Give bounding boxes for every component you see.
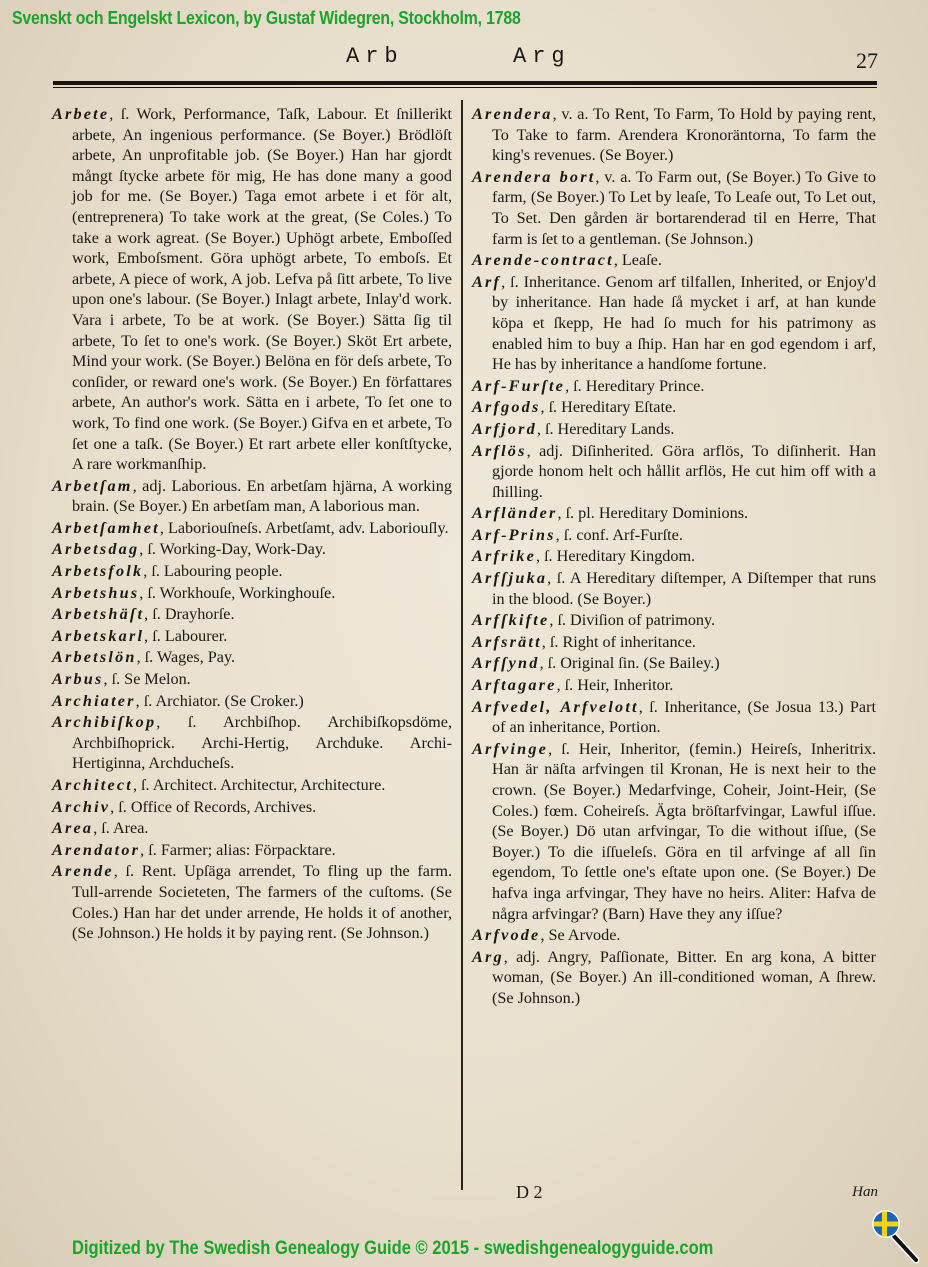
dictionary-entry: Arf-Furſte, ſ. Hereditary Prince. [472, 376, 876, 397]
swedish-flag-magnifier-icon [870, 1208, 924, 1264]
dictionary-entry: Arbetſam, adj. Laborious. En arbetſam hj… [52, 476, 452, 517]
guide-word-left: Arb [346, 44, 404, 69]
definition: , ſ. Heir, Inheritor, (femin.) Heireſs, … [492, 740, 876, 923]
definition: , ſ. Heir, Inheritor. [557, 676, 674, 694]
dictionary-entry: Arflös, adj. Diſinherited. Göra arflös, … [472, 441, 876, 503]
dictionary-entry: Arf-Prins, ſ. conf. Arf-Furſte. [472, 525, 876, 546]
definition: , ſ. Working-Day, Work-Day. [139, 540, 326, 558]
headword: Arfſynd [472, 654, 540, 672]
dictionary-entry: Archibiſkop, ſ. Archbiſhop. Archibiſkops… [52, 712, 452, 774]
definition: , ſ. Rent. Upſäga arrendet, To fling up … [72, 862, 452, 942]
guide-word-right: Arg [513, 44, 571, 69]
dictionary-entry: Arbetsfolk, ſ. Labouring people. [52, 561, 452, 582]
headword: Archiater [52, 692, 136, 710]
catchword: Han [852, 1184, 878, 1201]
definition: , ſ. Se Melon. [104, 670, 191, 688]
dictionary-entry: Arbetſamhet, Laboriouſneſs. Arbetſamt, a… [52, 518, 452, 539]
dictionary-entry: Arbetshus, ſ. Workhouſe, Workinghouſe. [52, 583, 452, 604]
headword: Archiv [52, 798, 110, 816]
page-number: 27 [856, 48, 878, 74]
headword: Arbetskarl [52, 627, 144, 645]
headword: Arfrike [472, 547, 536, 565]
definition: , ſ. Hereditary Eſtate. [540, 398, 676, 416]
definition: , ſ. Right of inheritance. [542, 633, 696, 651]
definition: , ſ. Architect. Architectur, Architectur… [133, 776, 385, 794]
dictionary-entry: Arfsrätt, ſ. Right of inheritance. [472, 632, 876, 653]
definition: , ſ. A Hereditary diſtemper, A Diſtemper… [492, 569, 876, 608]
column-divider [461, 100, 463, 1190]
dictionary-entry: Arende-contract, Leaſe. [472, 250, 876, 271]
headword: Arfländer [472, 504, 557, 522]
headword: Arbetshus [52, 584, 139, 602]
definition: , adj. Diſinherited. Göra arflös, To diſ… [492, 442, 876, 501]
definition: , ſ. Archiator. (Se Croker.) [136, 692, 304, 710]
headword: Arbetſam [52, 477, 133, 495]
definition: , Se Arvode. [540, 926, 620, 944]
dictionary-entry: Arbetslön, ſ. Wages, Pay. [52, 647, 452, 668]
definition: , ſ. Farmer; alias: Förpacktare. [140, 841, 336, 859]
dictionary-entry: Arfvinge, ſ. Heir, Inheritor, (femin.) H… [472, 739, 876, 924]
definition: , ſ. Labouring people. [143, 562, 282, 580]
headword: Area [52, 819, 93, 837]
definition: , ſ. Office of Records, Archives. [110, 798, 316, 816]
dictionary-entry: Arfländer, ſ. pl. Hereditary Dominions. [472, 503, 876, 524]
definition: , ſ. Hereditary Prince. [565, 377, 704, 395]
dictionary-entry: Architect, ſ. Architect. Architectur, Ar… [52, 775, 452, 796]
dictionary-entry: Arfrike, ſ. Hereditary Kingdom. [472, 546, 876, 567]
header-rule [53, 81, 877, 85]
definition: , Leaſe. [614, 251, 662, 269]
running-head: Arb Arg 27 [0, 44, 928, 74]
headword: Arende-contract [472, 251, 614, 269]
dictionary-entry: Area, ſ. Area. [52, 818, 452, 839]
headword: Arbetſamhet [52, 519, 160, 537]
headword: Arfvedel, Arfvelott [472, 698, 639, 716]
headword: Arg [472, 948, 504, 966]
headword: Arfjord [472, 420, 537, 438]
dictionary-entry: Arbetsdag, ſ. Working-Day, Work-Day. [52, 539, 452, 560]
dictionary-entry: Arbus, ſ. Se Melon. [52, 669, 452, 690]
dictionary-entry: Arg, adj. Angry, Paſſionate, Bitter. En … [472, 947, 876, 1009]
headword: Arendera bort [472, 168, 595, 186]
dictionary-entry: Arbetskarl, ſ. Labourer. [52, 626, 452, 647]
header-rule-thin [53, 87, 877, 88]
definition: , ſ. Hereditary Lands. [537, 420, 675, 438]
headword: Arende [52, 862, 114, 880]
headword: Architect [52, 776, 133, 794]
dictionary-entry: Arfſynd, ſ. Original ſin. (Se Bailey.) [472, 653, 876, 674]
definition: , ſ. Workhouſe, Workinghouſe. [139, 584, 335, 602]
definition: , ſ. Wages, Pay. [137, 648, 236, 666]
dictionary-entry: Arende, ſ. Rent. Upſäga arrendet, To fli… [52, 861, 452, 943]
definition: , Laboriouſneſs. Arbetſamt, adv. Laborio… [160, 519, 449, 537]
headword: Arfsrätt [472, 633, 542, 651]
left-column: Arbete, ſ. Work, Performance, Taſk, Labo… [52, 104, 452, 945]
headword: Arfvinge [472, 740, 548, 758]
headword: Arfgods [472, 398, 540, 416]
dictionary-entry: Archiater, ſ. Archiator. (Se Croker.) [52, 691, 452, 712]
definition: , ſ. pl. Hereditary Dominions. [557, 504, 748, 522]
dictionary-entry: Arbete, ſ. Work, Performance, Taſk, Labo… [52, 104, 452, 475]
definition: , ſ. Diviſion of patrimony. [549, 611, 715, 629]
dictionary-entry: Arfvedel, Arfvelott, ſ. Inheritance, (Se… [472, 697, 876, 738]
dictionary-entry: Arbetshäſt, ſ. Drayhorſe. [52, 604, 452, 625]
dictionary-entry: Arendera bort, v. a. To Farm out, (Se Bo… [472, 167, 876, 249]
headword: Arbetsfolk [52, 562, 143, 580]
headword: Arbetshäſt [52, 605, 144, 623]
definition: , ſ. Labourer. [144, 627, 227, 645]
dictionary-entry: Arendera, v. a. To Rent, To Farm, To Hol… [472, 104, 876, 166]
right-column: Arendera, v. a. To Rent, To Farm, To Hol… [472, 104, 876, 1010]
dictionary-entry: Arftagare, ſ. Heir, Inheritor. [472, 675, 876, 696]
dictionary-entry: Arfvode, Se Arvode. [472, 925, 876, 946]
dictionary-entry: Arfſjuka, ſ. A Hereditary diſtemper, A D… [472, 568, 876, 609]
definition: , ſ. conf. Arf-Furſte. [556, 526, 683, 544]
headword: Archibiſkop [52, 713, 156, 731]
signature-mark: D 2 [516, 1182, 543, 1203]
definition: , adj. Angry, Paſſionate, Bitter. En arg… [492, 948, 876, 1007]
definition: , ſ. Work, Performance, Taſk, Labour. Et… [72, 105, 452, 473]
headword: Arendera [472, 105, 553, 123]
headword: Arfſjuka [472, 569, 547, 587]
definition: , ſ. Original ſin. (Se Bailey.) [540, 654, 720, 672]
headword: Arf-Prins [472, 526, 556, 544]
headword: Arbetsdag [52, 540, 139, 558]
dictionary-entry: Arf, ſ. Inheritance. Genom arf tilfallen… [472, 272, 876, 375]
headword: Arftagare [472, 676, 557, 694]
dictionary-entry: Arfgods, ſ. Hereditary Eſtate. [472, 397, 876, 418]
definition: , ſ. Hereditary Kingdom. [536, 547, 695, 565]
dictionary-entry: Arfſkifte, ſ. Diviſion of patrimony. [472, 610, 876, 631]
definition: , ſ. Drayhorſe. [144, 605, 234, 623]
dictionary-entry: Archiv, ſ. Office of Records, Archives. [52, 797, 452, 818]
definition: , ſ. Area. [93, 819, 148, 837]
definition: , ſ. Inheritance. Genom arf tilfallen, I… [492, 273, 876, 373]
headword: Arbete [52, 105, 109, 123]
banner-bottom: Digitized by The Swedish Genealogy Guide… [72, 1238, 713, 1260]
headword: Arf [472, 273, 501, 291]
headword: Arfſkifte [472, 611, 549, 629]
headword: Arendator [52, 841, 140, 859]
headword: Arf-Furſte [472, 377, 565, 395]
dictionary-entry: Arendator, ſ. Farmer; alias: Förpacktare… [52, 840, 452, 861]
headword: Arfvode [472, 926, 540, 944]
headword: Arbetslön [52, 648, 137, 666]
banner-top: Svenskt och Engelskt Lexicon, by Gustaf … [12, 8, 521, 29]
dictionary-entry: Arfjord, ſ. Hereditary Lands. [472, 419, 876, 440]
headword: Arflös [472, 442, 527, 460]
headword: Arbus [52, 670, 104, 688]
